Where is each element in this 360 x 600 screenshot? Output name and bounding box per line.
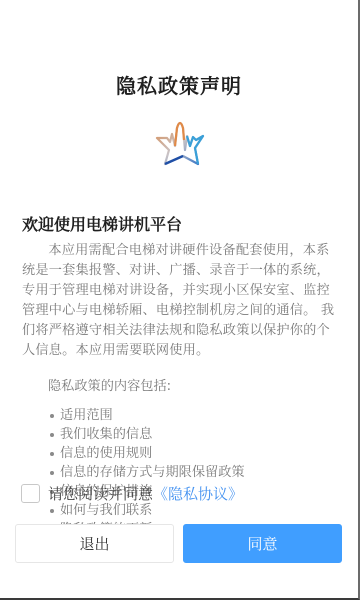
exit-button[interactable]: 退出 <box>15 524 174 563</box>
list-item: 我们收集的信息 <box>48 425 340 444</box>
list-item: 信息的存储方式与期限保留政策 <box>48 463 340 482</box>
consent-row: 请您阅读并同意 《隐私协议》 <box>21 482 243 504</box>
privacy-agreement-link[interactable]: 《隐私协议》 <box>153 483 243 504</box>
consent-checkbox[interactable] <box>21 484 40 503</box>
star-wave-logo-icon <box>153 120 207 168</box>
page-title: 隐私政策声明 <box>0 70 358 99</box>
list-item: 适用范围 <box>48 406 340 425</box>
agree-button[interactable]: 同意 <box>183 524 342 563</box>
list-item: 信息的使用规则 <box>48 444 340 463</box>
intro-paragraph: 本应用需配合电梯对讲硬件设备配套使用，本系统是一套集报警、对讲、广播、录音于一体… <box>22 241 340 361</box>
consent-text: 请您阅读并同意 <box>48 483 153 504</box>
policy-items-list: 适用范围 我们收集的信息 信息的使用规则 信息的存储方式与期限保留政策 信息的保… <box>48 406 340 539</box>
welcome-heading: 欢迎使用电梯讲机平台 <box>22 212 340 235</box>
privacy-dialog-screen: 隐私政策声明 欢迎使用电梯讲机平台 本应用需配合电梯对讲硬件设备配套使用，本系统… <box>0 0 360 600</box>
contents-label: 隐私政策的内容包括: <box>48 375 340 394</box>
